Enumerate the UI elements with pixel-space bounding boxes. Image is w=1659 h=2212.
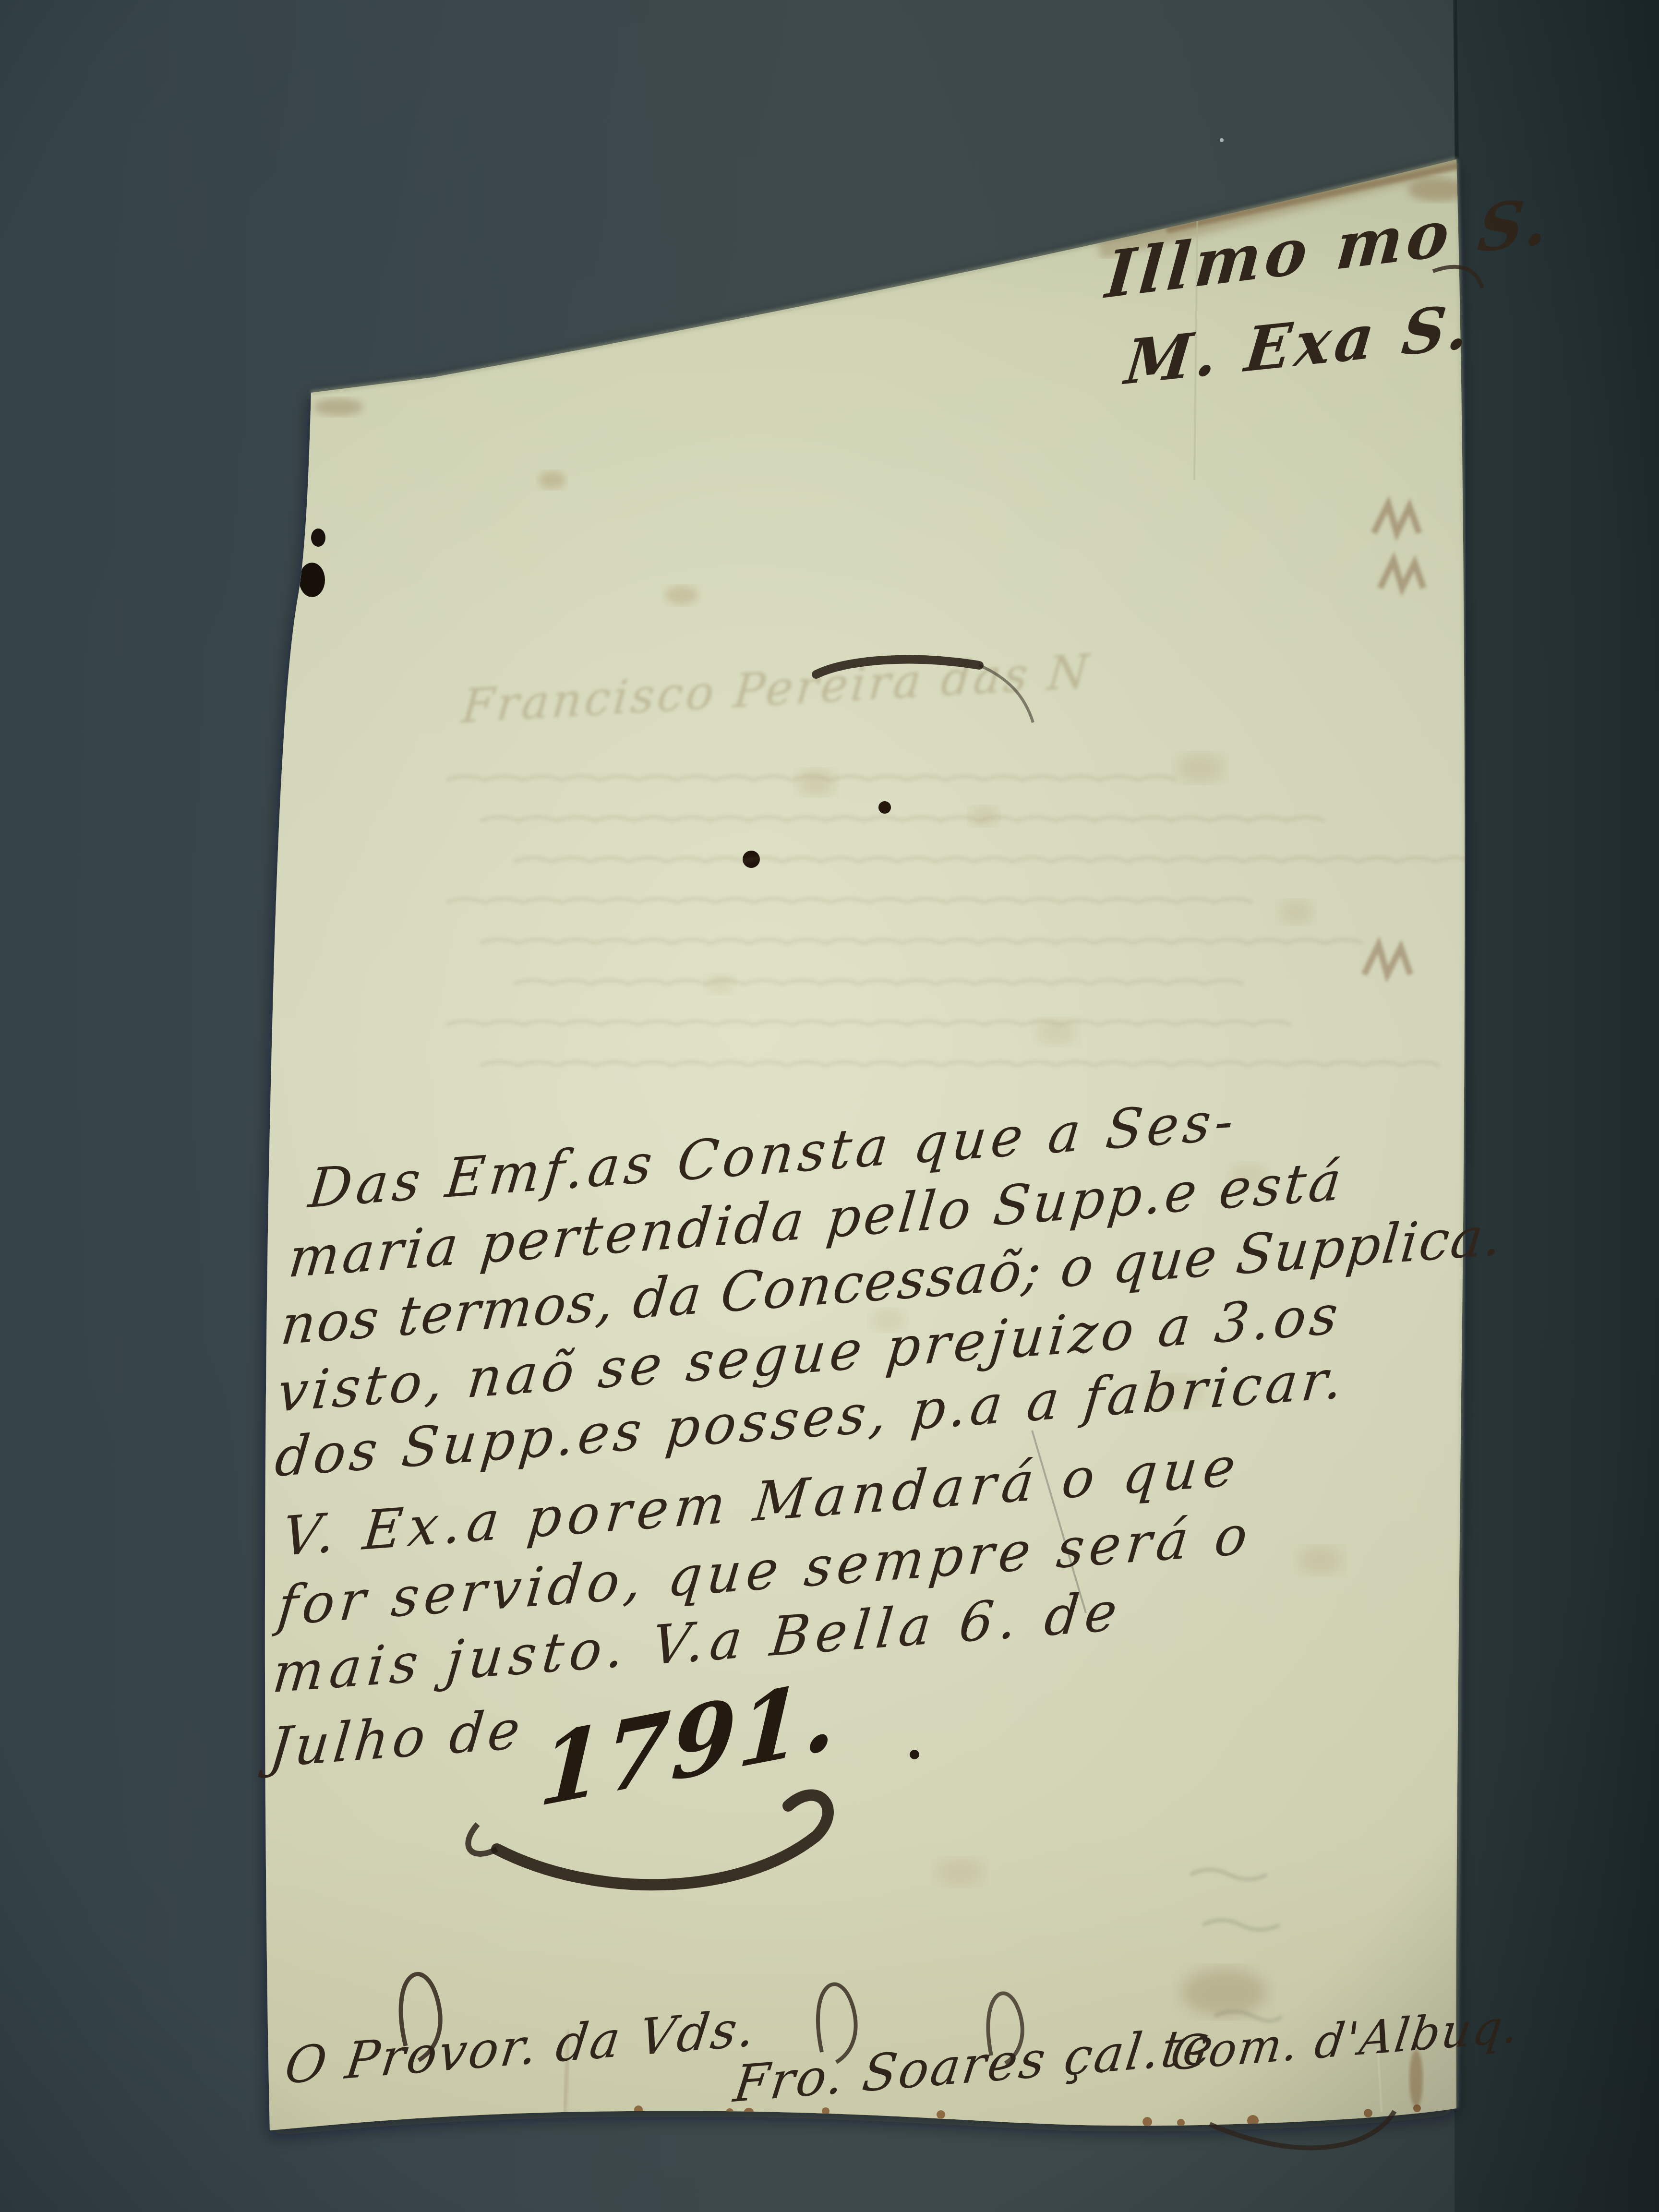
photo-stage: Francisco Pereira das N Illmo mo S. M. E… xyxy=(0,0,1659,2212)
manuscript-photo: Francisco Pereira das N Illmo mo S. M. E… xyxy=(0,0,1659,2212)
photo-vignette xyxy=(0,0,1659,2212)
